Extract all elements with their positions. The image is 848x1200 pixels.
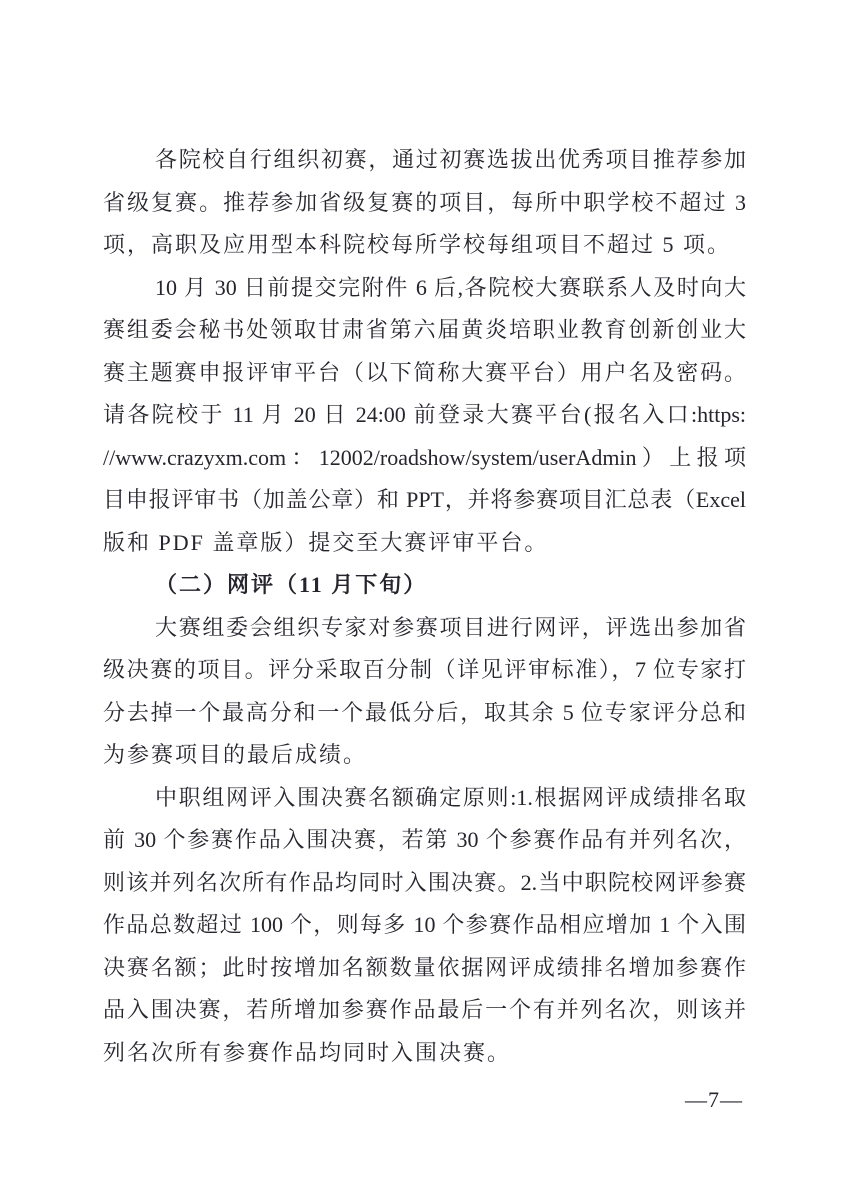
text-line: 省级复赛。推荐参加省级复赛的项目，每所中职学校不超过 3 xyxy=(103,182,746,225)
text-line: 版和 PDF 盖章版）提交至大赛评审平台。 xyxy=(103,522,746,565)
text-line: 各院校自行组织初赛，通过初赛选拔出优秀项目推荐参加 xyxy=(103,139,746,182)
text-line: 品入围决赛，若所增加参赛作品最后一个有并列名次，则该并 xyxy=(103,989,746,1032)
text-line: 请各院校于 11 月 20 日 24:00 前登录大赛平台(报名入口:https… xyxy=(103,394,746,437)
text-line: 前 30 个参赛作品入围决赛，若第 30 个参赛作品有并列名次， xyxy=(103,819,746,862)
text-line: 赛主题赛申报评审平台（以下简称大赛平台）用户名及密码。 xyxy=(103,352,746,395)
text-line: 则该并列名次所有作品均同时入围决赛。2.当中职院校网评参赛 xyxy=(103,862,746,905)
text-line: 为参赛项目的最后成绩。 xyxy=(103,734,746,777)
text-line: 大赛组委会组织专家对参赛项目进行网评，评选出参加省 xyxy=(103,607,746,650)
text-line: //www.crazyxm.com：12002/roadshow/system/… xyxy=(103,437,746,480)
page-number: —7— xyxy=(685,1086,743,1114)
document-page: 各院校自行组织初赛，通过初赛选拔出优秀项目推荐参加省级复赛。推荐参加省级复赛的项… xyxy=(0,0,848,1200)
text-line: 作品总数超过 100 个，则每多 10 个参赛作品相应增加 1 个入围 xyxy=(103,904,746,947)
text-line: 10 月 30 日前提交完附件 6 后,各院校大赛联系人及时向大 xyxy=(103,267,746,310)
text-line: 级决赛的项目。评分采取百分制（详见评审标准），7 位专家打 xyxy=(103,649,746,692)
text-line: 项，高职及应用型本科院校每所学校每组项目不超过 5 项。 xyxy=(103,224,746,267)
text-line: 决赛名额；此时按增加名额数量依据网评成绩排名增加参赛作 xyxy=(103,947,746,990)
section-heading: （二）网评（11 月下旬） xyxy=(103,564,746,607)
text-line: 分去掉一个最高分和一个最低分后，取其余 5 位专家评分总和 xyxy=(103,692,746,735)
text-line: 中职组网评入围决赛名额确定原则:1.根据网评成绩排名取 xyxy=(103,777,746,820)
text-line: 目申报评审书（加盖公章）和 PPT，并将参赛项目汇总表（Excel xyxy=(103,479,746,522)
document-body: 各院校自行组织初赛，通过初赛选拔出优秀项目推荐参加省级复赛。推荐参加省级复赛的项… xyxy=(103,139,746,1074)
text-line: 赛组委会秘书处领取甘肃省第六届黄炎培职业教育创新创业大 xyxy=(103,309,746,352)
text-line: 列名次所有参赛作品均同时入围决赛。 xyxy=(103,1032,746,1075)
